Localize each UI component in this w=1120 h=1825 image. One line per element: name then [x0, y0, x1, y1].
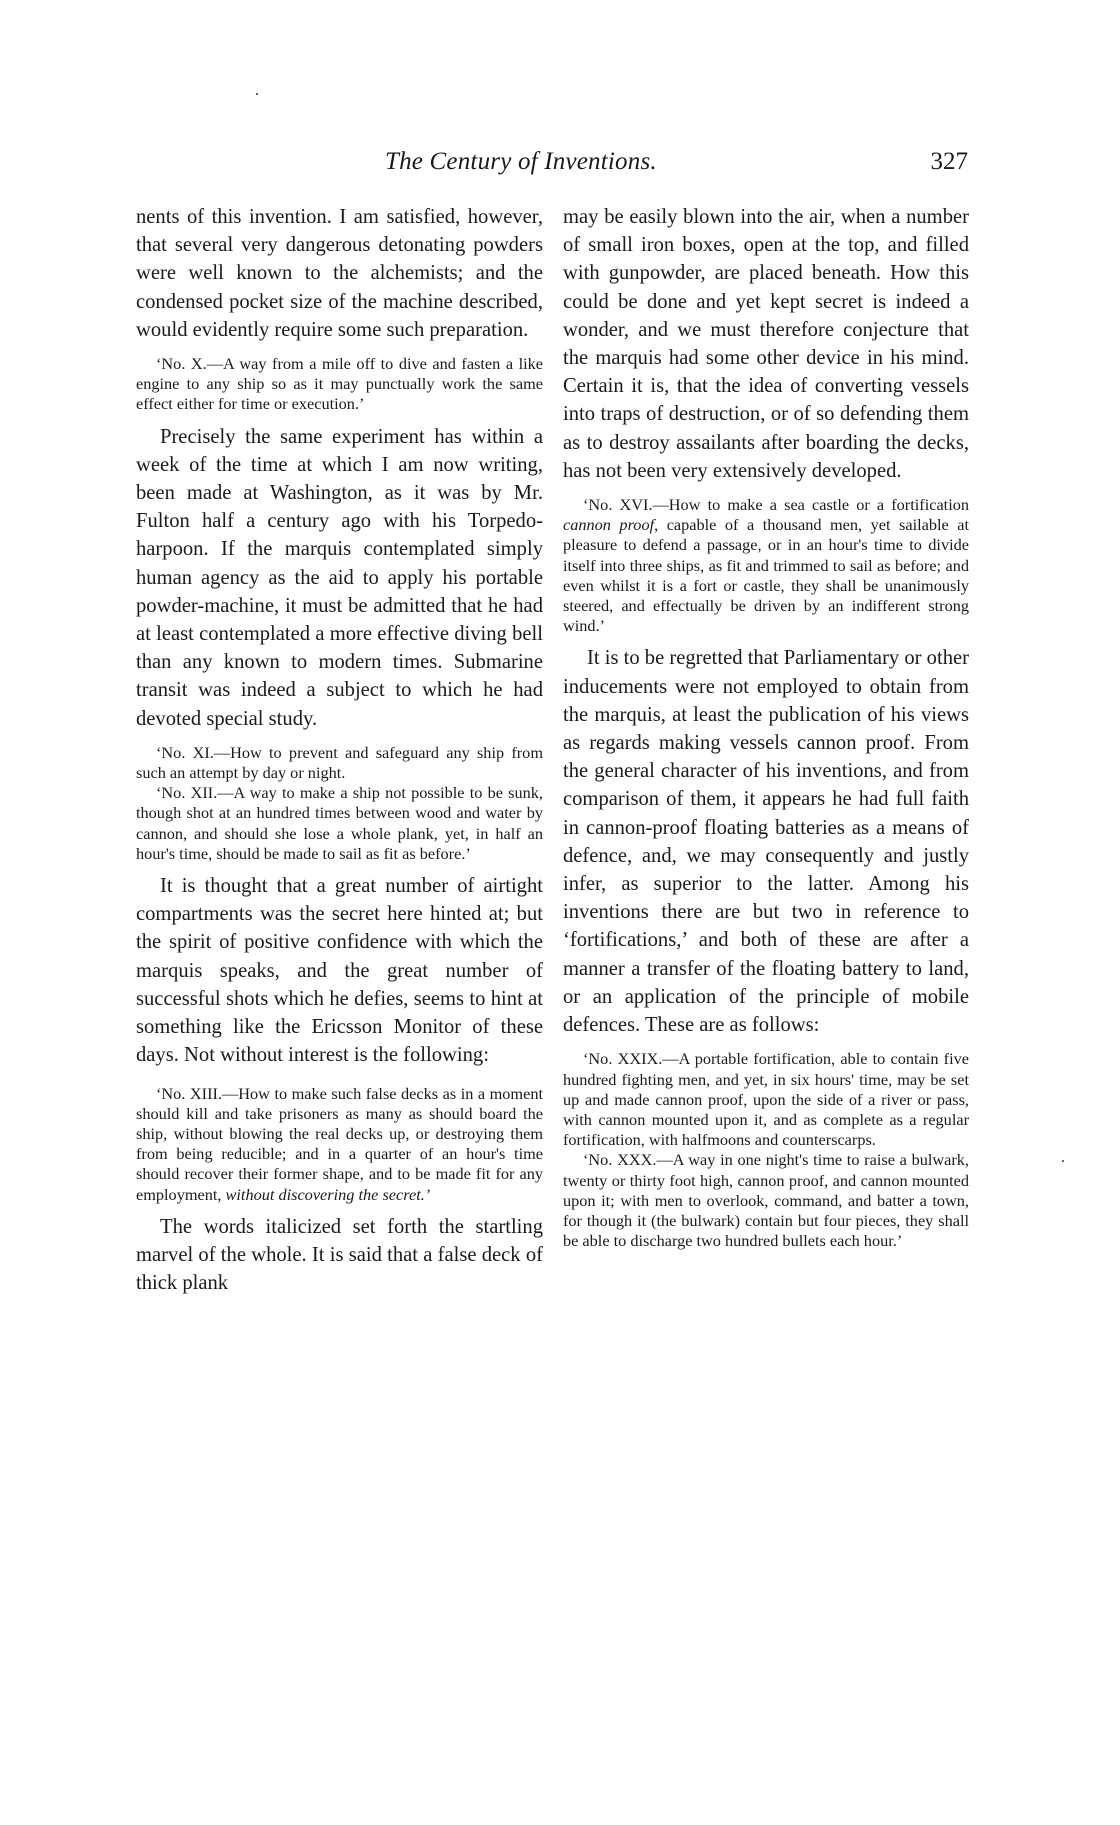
italic-text: without discovering the secret.’ — [226, 1185, 431, 1204]
paragraph: It is to be regretted that Parliamentary… — [563, 644, 969, 1039]
stray-mark — [256, 93, 258, 95]
left-column: nents of this invention. I am satisfied,… — [136, 203, 543, 1297]
running-title: The Century of Inventions. — [385, 148, 657, 176]
paragraph: may be easily blown into the air, when a… — [563, 203, 969, 485]
right-column: may be easily blown into the air, when a… — [563, 203, 969, 1259]
italic-text: cannon proof — [563, 515, 654, 534]
block-quote: ‘No. XXIX.—A portable fortification, abl… — [563, 1049, 969, 1251]
quote-item-xvi: ‘No. XVI.—How to make a sea castle or a … — [563, 495, 969, 636]
page-number: 327 — [931, 148, 969, 176]
paragraph: The words italicized set forth the start… — [136, 1213, 543, 1298]
block-quote: ‘No. XIII.—How to make such false decks … — [136, 1084, 543, 1205]
quote-item-xxx: ‘No. XXX.—A way in one night's time to r… — [563, 1150, 969, 1251]
quote-item-xiii: ‘No. XIII.—How to make such false decks … — [136, 1084, 543, 1205]
page-header: The Century of Inventions. 327 — [136, 148, 968, 184]
quote-item-xi: ‘No. XI.—How to prevent and safeguard an… — [136, 743, 543, 783]
quote-item-x: ‘No. X.—A way from a mile off to dive an… — [136, 354, 543, 415]
stray-mark — [1062, 1160, 1064, 1162]
quote-item-xxix: ‘No. XXIX.—A portable fortification, abl… — [563, 1049, 969, 1150]
block-quote: ‘No. X.—A way from a mile off to dive an… — [136, 354, 543, 415]
block-quote: ‘No. XI.—How to prevent and safeguard an… — [136, 743, 543, 864]
block-quote: ‘No. XVI.—How to make a sea castle or a … — [563, 495, 969, 636]
quote-text: ‘No. XVI.—How to make a sea castle or a … — [583, 495, 969, 514]
quote-item-xii: ‘No. XII.—A way to make a ship not possi… — [136, 783, 543, 864]
paragraph: nents of this invention. I am satisfied,… — [136, 203, 543, 344]
paragraph: Precisely the same experiment has within… — [136, 423, 543, 733]
paragraph: It is thought that a great number of air… — [136, 872, 543, 1069]
